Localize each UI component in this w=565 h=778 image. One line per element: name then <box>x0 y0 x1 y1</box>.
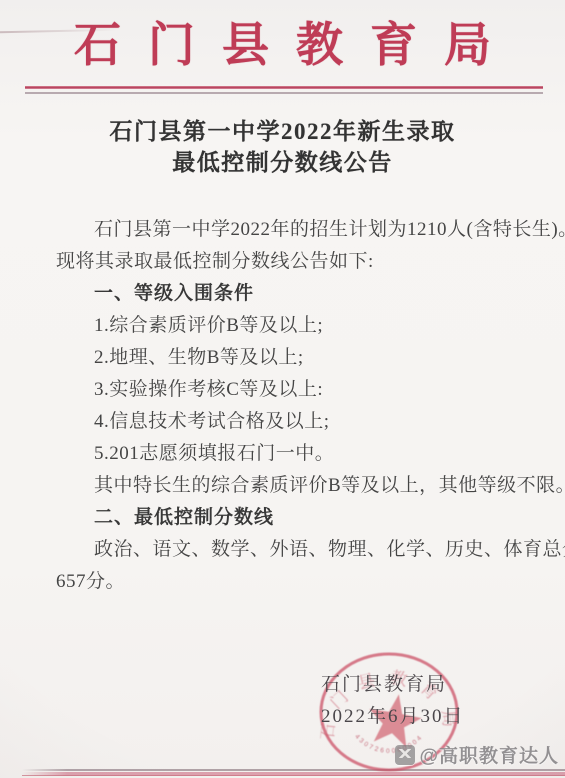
notice-title: 石门县第一中学2022年新生录取 最低控制分数线公告 <box>0 116 565 178</box>
signature-date: 2022年6月30日 <box>321 701 465 733</box>
footer-divider-pink-line <box>22 772 565 776</box>
section2-heading: 二、最低控制分数线 <box>56 502 551 534</box>
footer-divider-gray-line <box>22 769 565 771</box>
condition-item-3: 3.实验操作考核C等及以上: <box>56 374 551 406</box>
score-line-subjects: 政治、语文、数学、外语、物理、化学、历史、体育总分 <box>56 534 551 566</box>
watermark: @高职教育达人 <box>395 741 559 768</box>
signature-block: 石门县教育局 2022年6月30日 <box>321 669 465 733</box>
letterhead-divider-gray-line <box>25 92 543 94</box>
condition-item-4: 4.信息技术考试合格及以上; <box>56 406 551 438</box>
notice-title-line1: 石门县第一中学2022年新生录取 <box>0 116 565 147</box>
condition-item-5: 5.201志愿须填报石门一中。 <box>56 438 551 470</box>
letterhead-org-title: 石门县教育局 <box>0 18 565 74</box>
condition-item-2: 2.地理、生物B等及以上; <box>56 342 551 374</box>
condition-item-1: 1.综合素质评价B等及以上; <box>56 310 551 342</box>
intro-paragraph-line2: 现将其录取最低控制分数线公告如下: <box>56 246 551 278</box>
signature-org: 石门县教育局 <box>321 669 465 701</box>
notice-title-line2: 最低控制分数线公告 <box>0 147 565 178</box>
intro-paragraph-line1: 石门县第一中学2022年的招生计划为1210人(含特长生)。 <box>56 214 551 246</box>
notice-body: 石门县第一中学2022年的招生计划为1210人(含特长生)。 现将其录取最低控制… <box>56 214 551 598</box>
letterhead-divider-red-line <box>25 86 543 89</box>
scanned-notice-page: 石门县教育局 石门县第一中学2022年新生录取 最低控制分数线公告 石门县第一中… <box>0 0 565 778</box>
section1-heading: 一、等级入围条件 <box>56 278 551 310</box>
special-students-note: 其中特长生的综合素质评价B等及以上，其他等级不限。 <box>56 470 551 502</box>
watermark-logo-icon <box>395 745 415 765</box>
watermark-handle: @高职教育达人 <box>419 741 559 768</box>
score-line-total: 657分。 <box>56 566 551 598</box>
